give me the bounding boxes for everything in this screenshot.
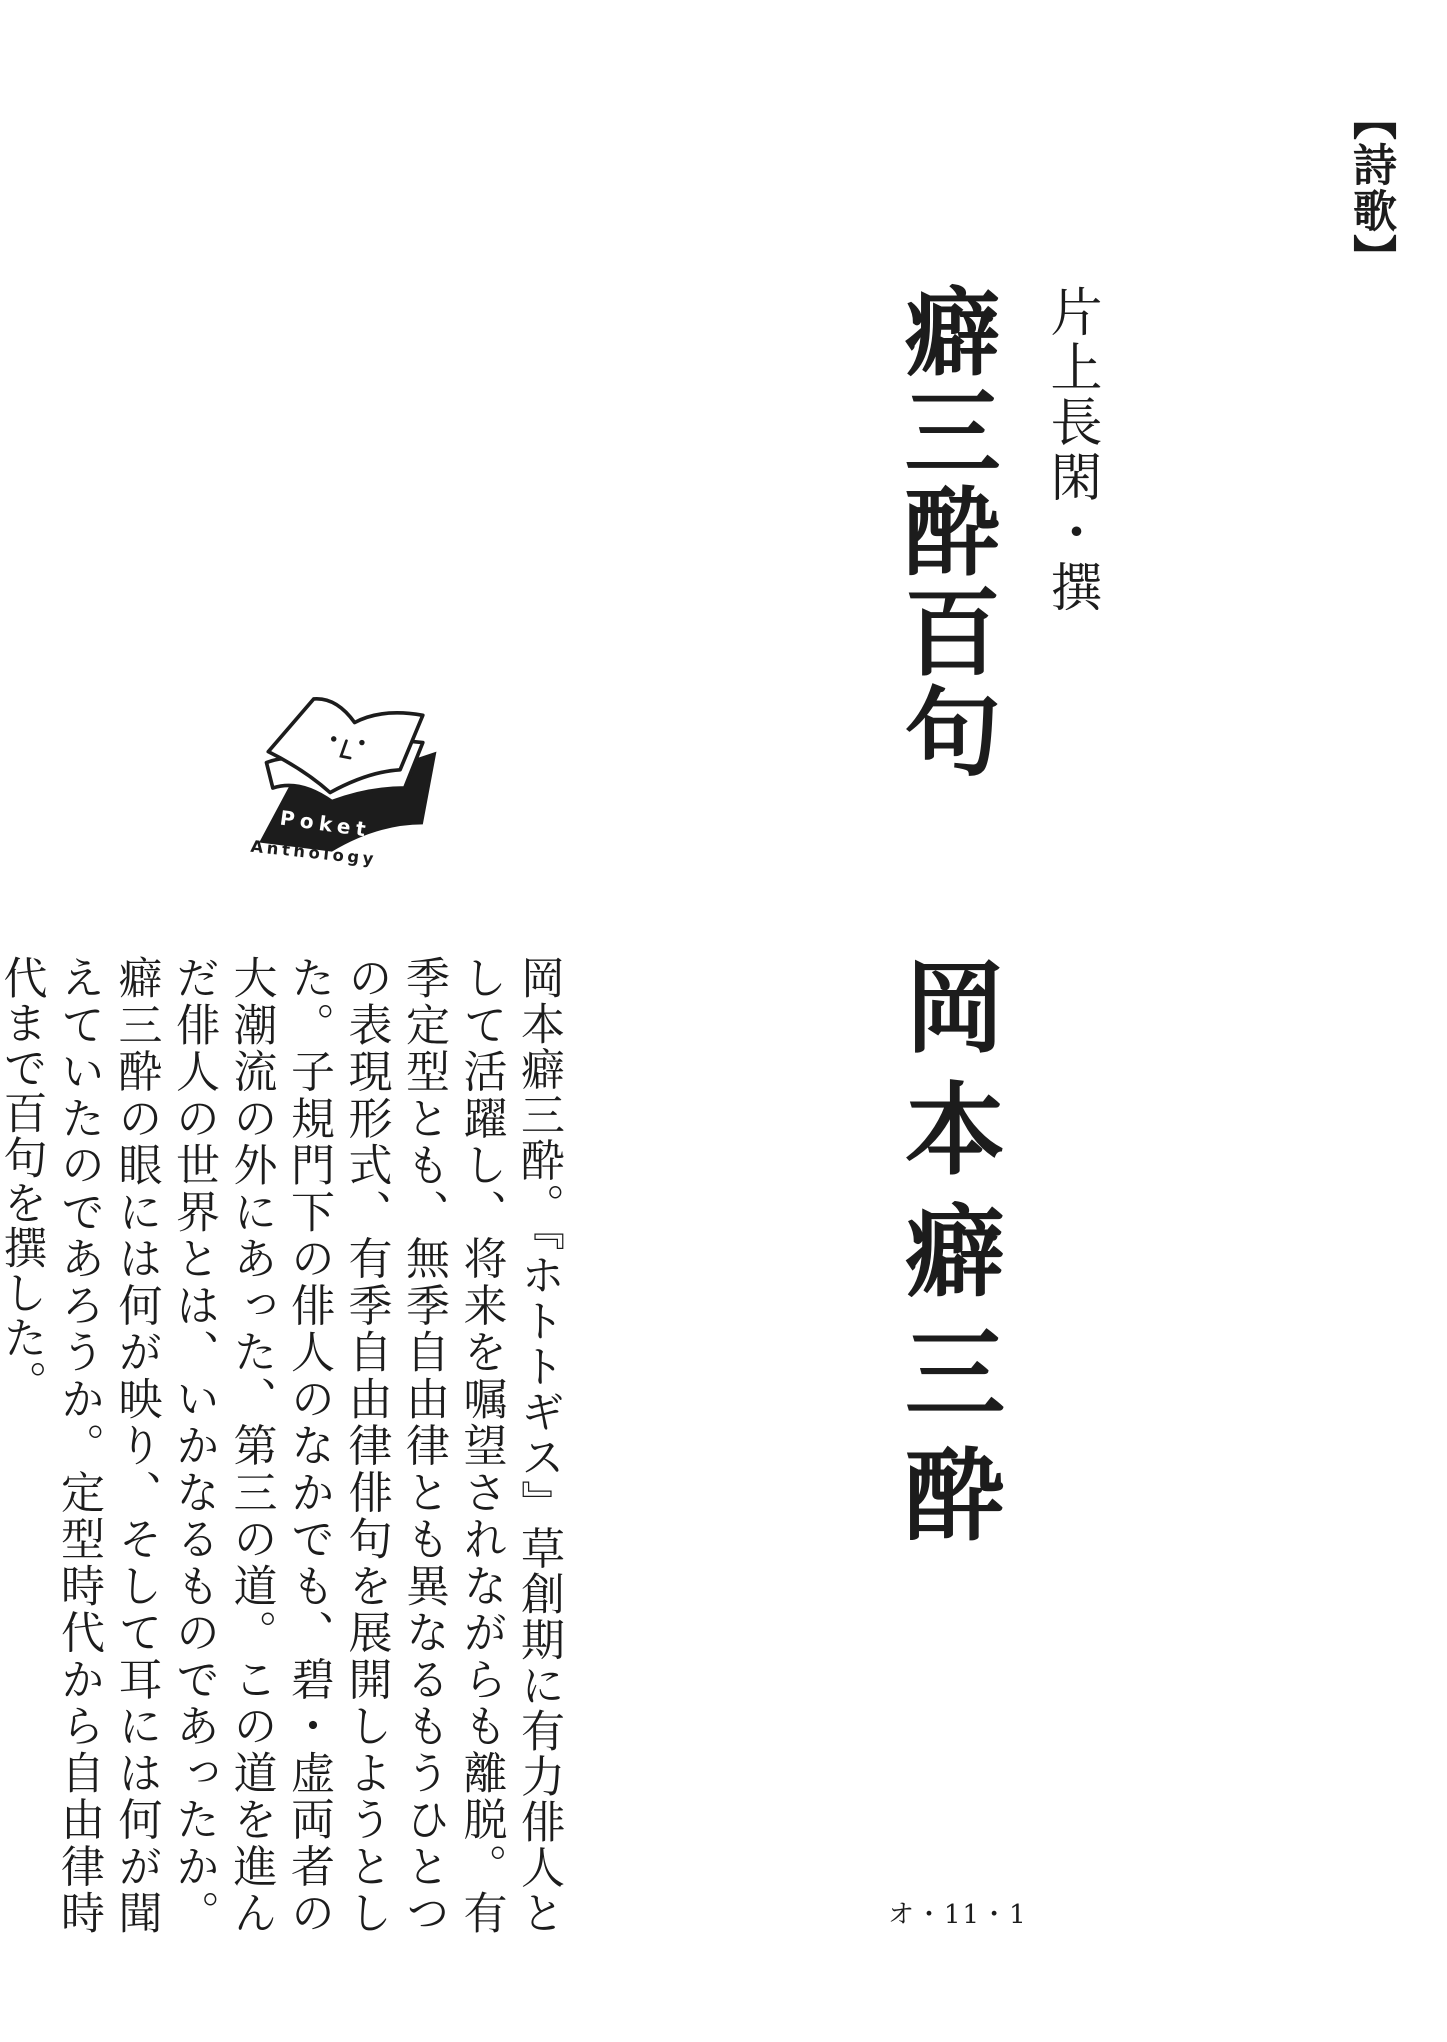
compiler-credit: 片上長閑・撰 [1040, 285, 1102, 615]
genre-bracket-open: 【 [1345, 96, 1396, 142]
author-name: 岡本癖三酔 [892, 955, 1002, 1565]
genre-text: 詩歌 [1345, 142, 1396, 234]
book-title: 癖三酔百句 [890, 282, 1000, 782]
description-text: 岡本癖三酔。『ホトトギス』草創期に有力俳人として活躍し、将来を嘱望されながらも離… [0, 955, 567, 1935]
genre-label: 【詩歌】 [1345, 96, 1395, 280]
poket-anthology-logo-icon: Poket Anthology [226, 688, 456, 888]
catalog-code: オ・11・1 [888, 1894, 1028, 1931]
genre-bracket-close: 】 [1345, 234, 1396, 280]
